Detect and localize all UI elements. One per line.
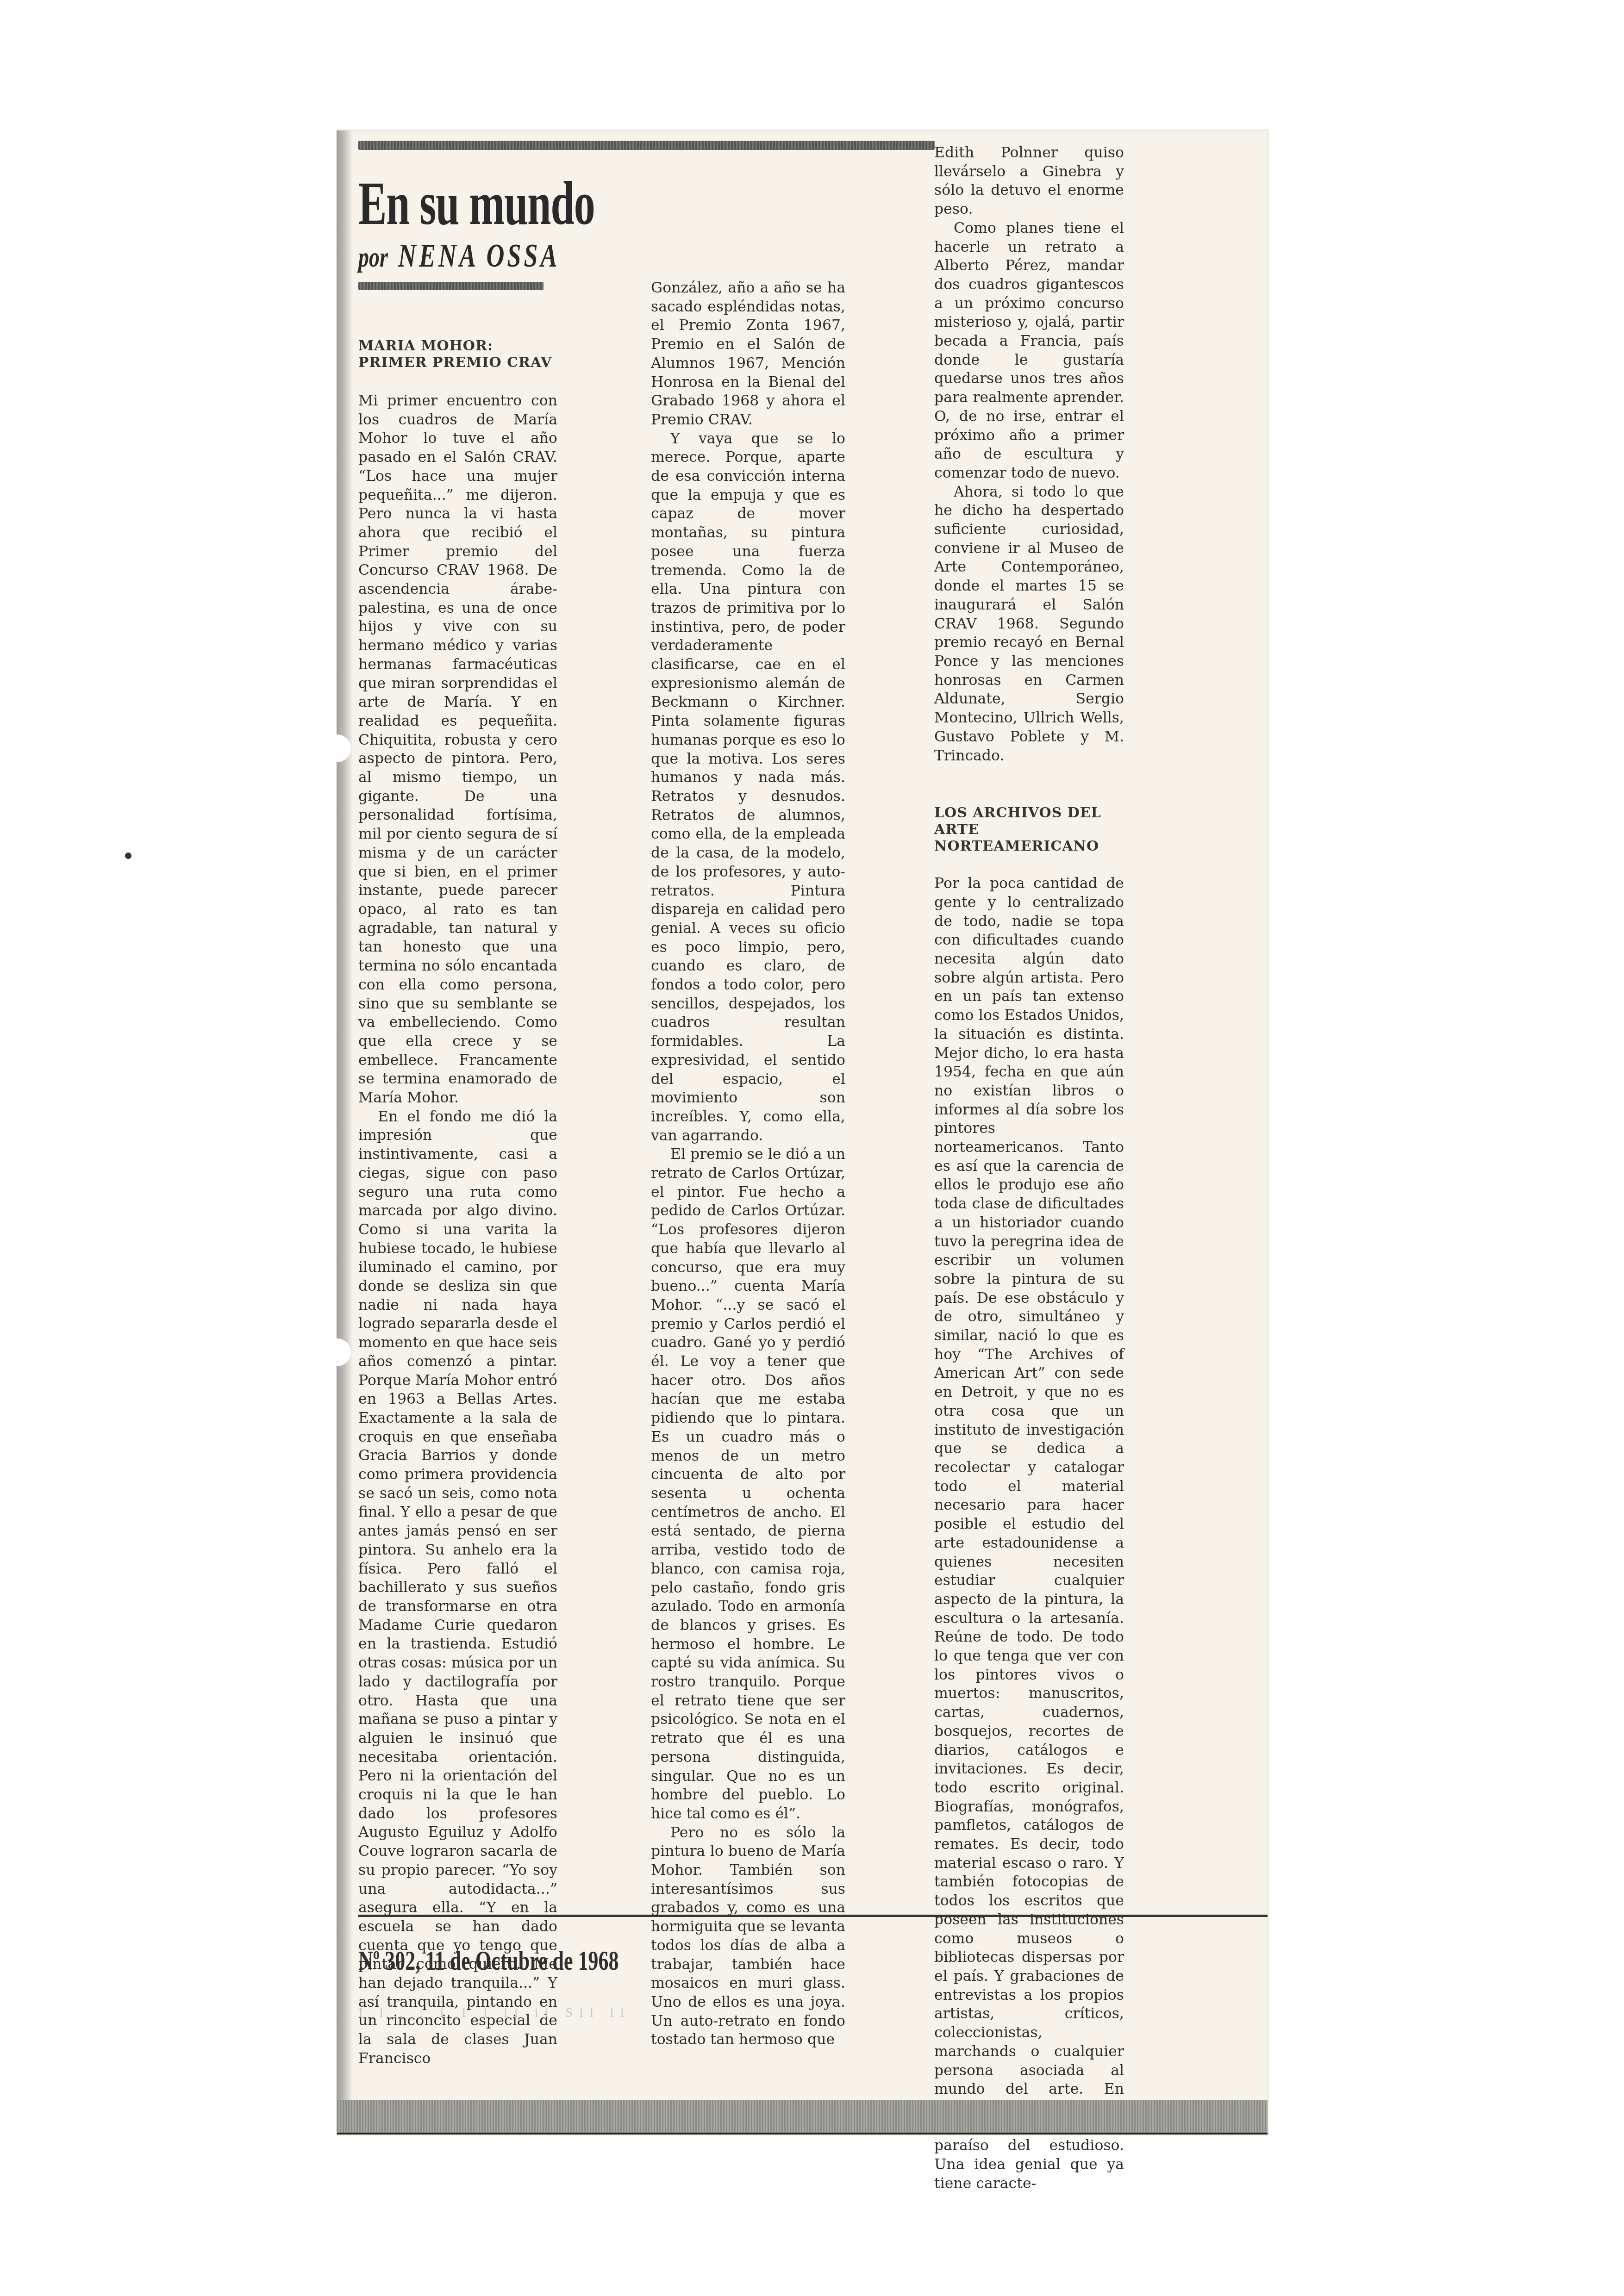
paragraph: En el fondo me dió la impresión que inst… bbox=[358, 1108, 557, 2068]
faded-bleed-text: I l , ; i 1 i ii ii Sll li bbox=[358, 2005, 631, 2021]
paragraph: Mi primer encuentro con los cuadros de M… bbox=[358, 392, 557, 1108]
column-title: En su mundo bbox=[358, 172, 595, 234]
article-1-headline: MARIA MOHOR: PRIMER PREMIO CRAV bbox=[358, 338, 557, 371]
article-2-headline-line2: NORTEAMERICANO bbox=[934, 838, 1124, 855]
punch-hole-top bbox=[323, 734, 351, 762]
footer-rule bbox=[358, 1915, 1268, 1917]
article-1-headline-line2: PRIMER PREMIO CRAV bbox=[358, 355, 557, 371]
byline-prefix: por bbox=[358, 241, 388, 273]
paragraph: El premio se le dió a un retrato de Carl… bbox=[651, 1145, 845, 1823]
text-column-3: Edith Polnner quiso llevárselo a Ginebra… bbox=[934, 143, 1124, 2193]
paragraph: Pero no es sólo la pintura lo bueno de M… bbox=[651, 1823, 845, 2049]
scan-shadow-bottom bbox=[337, 2100, 1268, 2134]
paragraph: Edith Polnner quiso llevárselo a Ginebra… bbox=[934, 143, 1124, 219]
masthead-rule-bottom bbox=[358, 282, 543, 290]
scan-speck bbox=[125, 852, 131, 859]
article-2-headline-line1: LOS ARCHIVOS DEL ARTE bbox=[934, 805, 1124, 838]
paragraph: Como planes tiene el hacerle un retrato … bbox=[934, 219, 1124, 483]
issue-date: Nº 302, 11 de Octubre de 1968 bbox=[358, 1945, 618, 1977]
newspaper-clipping: En su mundo por NENA OSSA MARIA MOHOR: P… bbox=[337, 131, 1268, 2134]
masthead-rule-top bbox=[358, 141, 935, 150]
paragraph: Por la poca cantidad de gente y lo centr… bbox=[934, 874, 1124, 2193]
byline: por NENA OSSA bbox=[358, 236, 560, 275]
text-column-1: MARIA MOHOR: PRIMER PREMIO CRAV Mi prime… bbox=[358, 338, 557, 2068]
byline-author: NENA OSSA bbox=[398, 236, 560, 274]
paragraph: Ahora, si todo lo que he dicho ha desper… bbox=[934, 483, 1124, 765]
scan-shadow-left bbox=[337, 131, 353, 2134]
article-1-headline-line1: MARIA MOHOR: bbox=[358, 338, 557, 355]
paragraph: González, año a año se ha sacado esplénd… bbox=[651, 279, 845, 429]
paragraph: Y vaya que se lo merece. Porque, aparte … bbox=[651, 429, 845, 1145]
article-2-headline: LOS ARCHIVOS DEL ARTE NORTEAMERICANO bbox=[934, 805, 1124, 855]
punch-hole-bottom bbox=[323, 1338, 351, 1366]
text-column-2: González, año a año se ha sacado esplénd… bbox=[651, 279, 845, 2049]
